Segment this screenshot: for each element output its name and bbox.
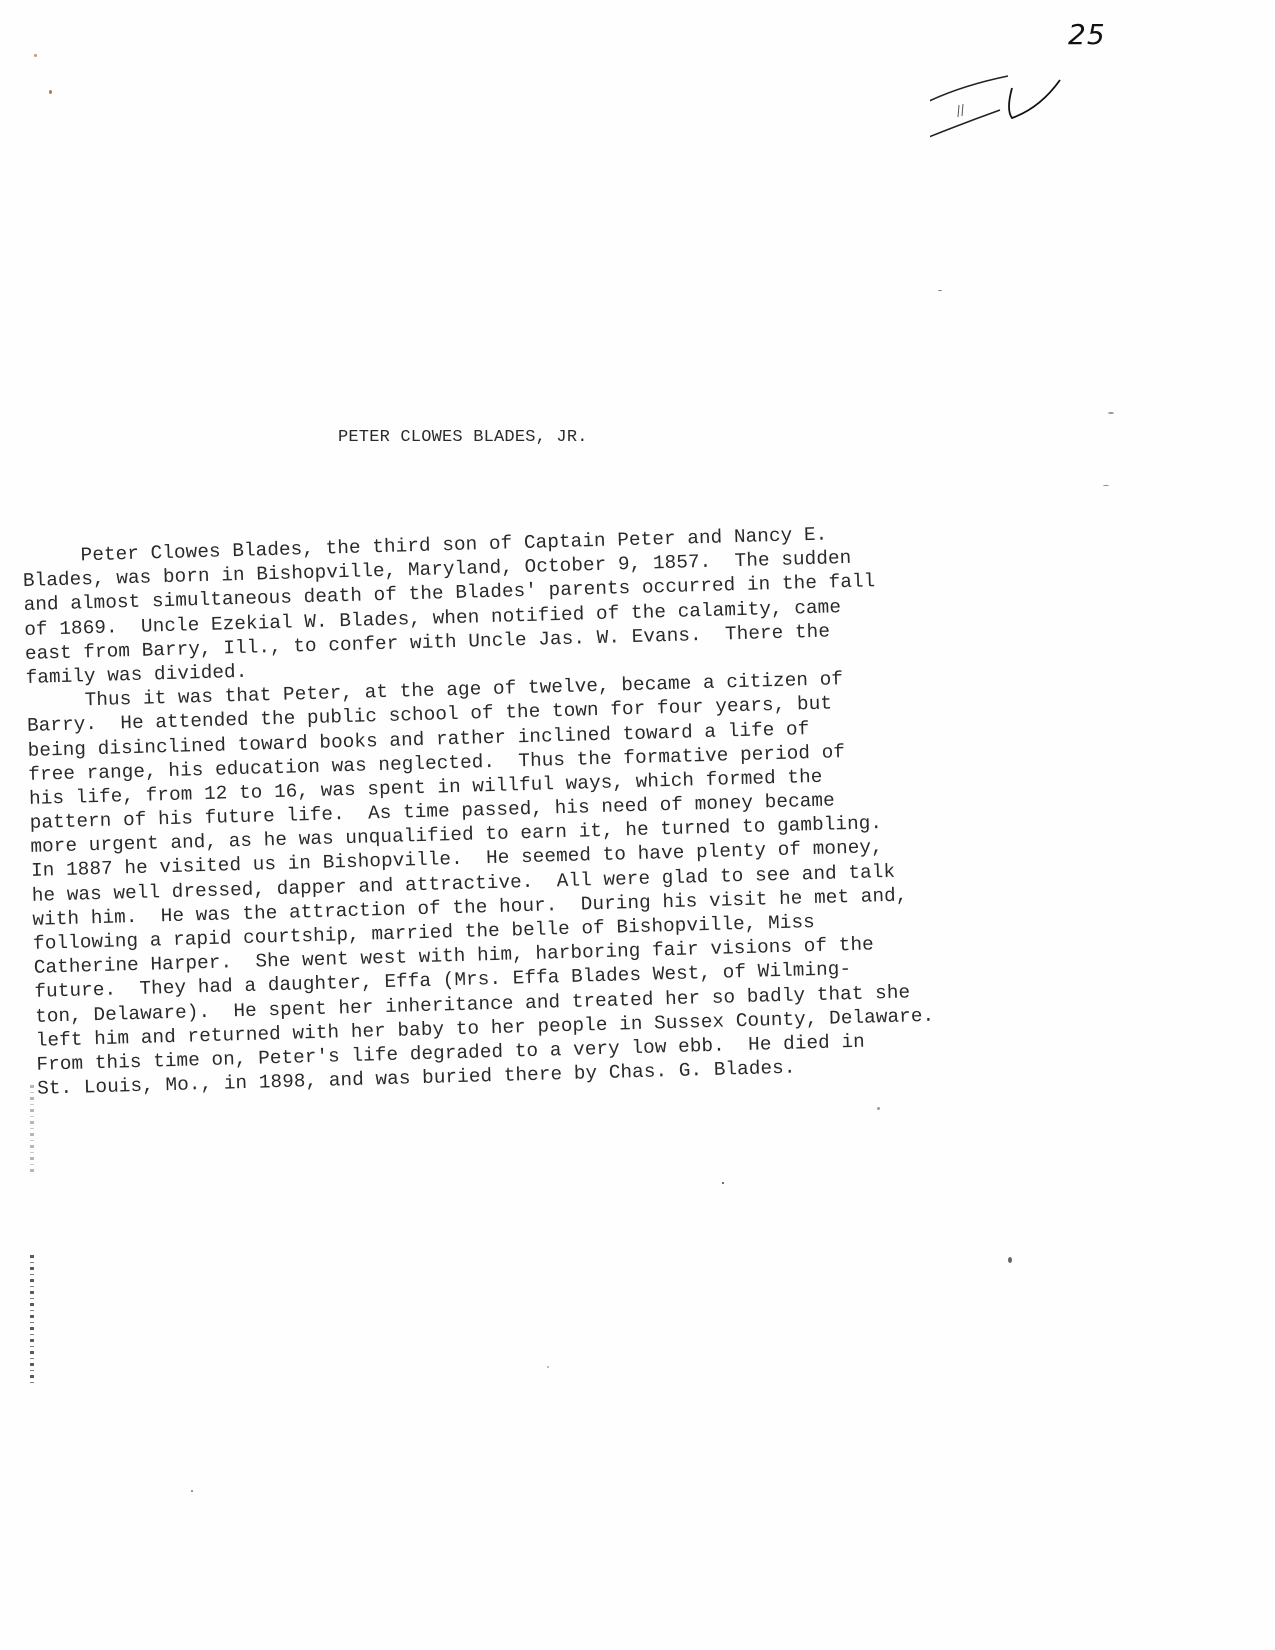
scan-edge-noise bbox=[30, 1255, 34, 1385]
document-page: 25 PETER CLOWES BLADES, JR. Peter Clowes… bbox=[0, 0, 1275, 1650]
scan-speck bbox=[191, 1490, 193, 1492]
scan-speck bbox=[877, 1107, 880, 1110]
scan-speck bbox=[49, 90, 52, 94]
scan-speck bbox=[1108, 412, 1114, 414]
scan-speck bbox=[34, 54, 37, 57]
scan-edge-noise bbox=[30, 1085, 34, 1175]
scan-speck bbox=[547, 1366, 549, 1368]
handwritten-check-marks-icon bbox=[930, 10, 1130, 160]
scan-speck bbox=[1103, 485, 1109, 486]
document-title: PETER CLOWES BLADES, JR. bbox=[338, 428, 588, 447]
scan-speck bbox=[1008, 1257, 1012, 1263]
document-body: Peter Clowes Blades, the third son of Ca… bbox=[22, 518, 997, 1101]
scan-speck bbox=[938, 290, 942, 291]
scan-speck bbox=[722, 1182, 724, 1184]
